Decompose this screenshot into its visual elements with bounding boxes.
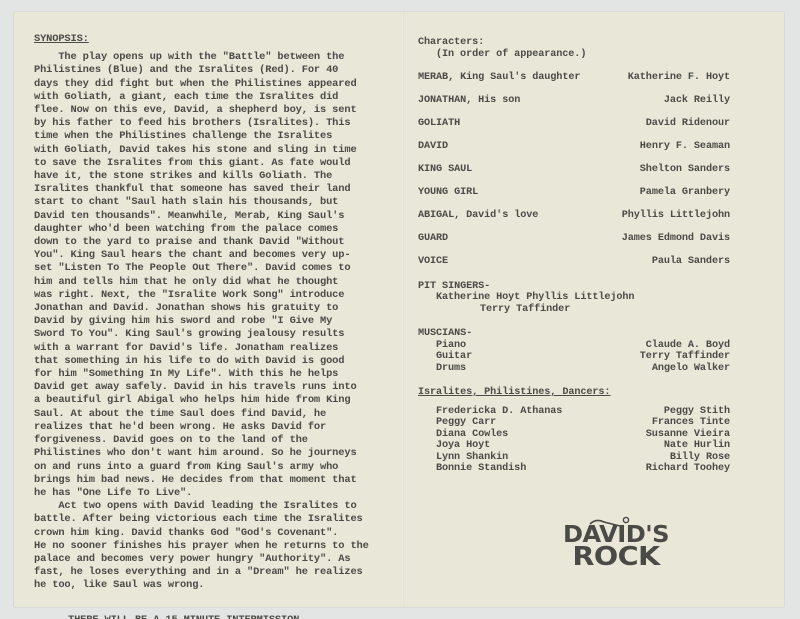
dancer-name: Joya Hoyt xyxy=(436,440,562,452)
dancer-name: Fredericka D. Athanas xyxy=(436,406,562,418)
davids-rock-logo: DAVID'S ROCK xyxy=(546,524,686,568)
logo-line-2: ROCK xyxy=(539,546,693,568)
dancer-name: Peggy Stith xyxy=(646,406,730,418)
actor-name: James Edmond Davis xyxy=(622,233,730,245)
dancers-list: Fredericka D. AthanasPeggy CarrDiana Cow… xyxy=(418,406,730,475)
instrument: Guitar xyxy=(418,351,472,363)
pit-singers-line: Terry Taffinder xyxy=(418,304,730,316)
cast-row: DAVIDHenry F. Seaman xyxy=(418,141,730,153)
musician-row: GuitarTerry Taffinder xyxy=(418,351,730,363)
cast-row: VOICEPaula Sanders xyxy=(418,256,730,268)
actor-name: Jack Reilly xyxy=(664,95,730,107)
role-name: GUARD xyxy=(418,233,448,245)
characters-subheading: (In order of appearance.) xyxy=(418,49,730,61)
actor-name: Katherine F. Hoyt xyxy=(628,72,730,84)
role-name: ABIGAL, David's love xyxy=(418,210,538,222)
musicians-heading: MUSCIANS- xyxy=(418,328,730,340)
cast-row: MERAB, King Saul's daughterKatherine F. … xyxy=(418,72,730,84)
instrument: Piano xyxy=(418,340,466,352)
dancer-name: Billy Rose xyxy=(646,452,730,464)
center-fold xyxy=(402,12,404,607)
musician-row: DrumsAngelo Walker xyxy=(418,363,730,375)
actor-name: Paula Sanders xyxy=(652,256,730,268)
intermission-note: THERE WILL BE A 15 MINUTE INTERMISSION xyxy=(34,614,390,619)
synopsis-column: SYNOPSIS: The play opens up with the "Ba… xyxy=(34,33,390,619)
cast-row: KING SAULShelton Sanders xyxy=(418,164,730,176)
cast-row: YOUNG GIRLPamela Granbery xyxy=(418,187,730,199)
dancer-name: Bonnie Standish xyxy=(436,463,562,475)
cast-row: GUARDJames Edmond Davis xyxy=(418,233,730,245)
synopsis-heading: SYNOPSIS: xyxy=(34,33,390,46)
musician-name: Angelo Walker xyxy=(652,363,730,375)
dancer-name: Peggy Carr xyxy=(436,417,562,429)
dancers-heading: Isralites, Philistines, Dancers: xyxy=(418,387,730,399)
dancer-name: Lynn Shankin xyxy=(436,452,562,464)
cast-column: Characters: (In order of appearance.) ME… xyxy=(418,37,730,475)
dancers-left-column: Fredericka D. AthanasPeggy CarrDiana Cow… xyxy=(436,406,562,475)
program-sheet: SYNOPSIS: The play opens up with the "Ba… xyxy=(14,12,784,607)
musicians-section: MUSCIANS- PianoClaude A. BoydGuitarTerry… xyxy=(418,328,730,374)
role-name: GOLIATH xyxy=(418,118,460,130)
dancer-name: Frances Tinte xyxy=(646,417,730,429)
instrument: Drums xyxy=(418,363,466,375)
musicians-list: PianoClaude A. BoydGuitarTerry Taffinder… xyxy=(418,340,730,375)
musician-name: Claude A. Boyd xyxy=(646,340,730,352)
characters-heading: Characters: xyxy=(418,37,730,49)
pit-singers-heading: PIT SINGERS- xyxy=(418,281,730,293)
actor-name: Henry F. Seaman xyxy=(640,141,730,153)
role-name: MERAB, King Saul's daughter xyxy=(418,72,580,84)
role-name: DAVID xyxy=(418,141,448,153)
dancers-right-column: Peggy StithFrances TinteSusanne VieiraNa… xyxy=(646,406,730,475)
dancer-name: Diana Cowles xyxy=(436,429,562,441)
actor-name: Shelton Sanders xyxy=(640,164,730,176)
pit-singers-line: Katherine Hoyt Phyllis Littlejohn xyxy=(418,292,730,304)
role-name: KING SAUL xyxy=(418,164,472,176)
actor-name: David Ridenour xyxy=(646,118,730,130)
dancer-name: Nate Hurlin xyxy=(646,440,730,452)
cast-row: ABIGAL, David's lovePhyllis Littlejohn xyxy=(418,210,730,222)
cast-list: MERAB, King Saul's daughterKatherine F. … xyxy=(418,72,730,268)
pit-singers-section: PIT SINGERS- Katherine Hoyt Phyllis Litt… xyxy=(418,281,730,316)
synopsis-paragraph-1: The play opens up with the "Battle" betw… xyxy=(34,51,390,500)
role-name: VOICE xyxy=(418,256,448,268)
role-name: JONATHAN, His son xyxy=(418,95,520,107)
musician-row: PianoClaude A. Boyd xyxy=(418,340,730,352)
dancer-name: Richard Toohey xyxy=(646,463,730,475)
cast-row: JONATHAN, His sonJack Reilly xyxy=(418,95,730,107)
cast-row: GOLIATHDavid Ridenour xyxy=(418,118,730,130)
synopsis-paragraph-2: Act two opens with David leading the Isr… xyxy=(34,500,390,592)
dancers-section: Isralites, Philistines, Dancers: Frederi… xyxy=(418,387,730,475)
role-name: YOUNG GIRL xyxy=(418,187,478,199)
actor-name: Phyllis Littlejohn xyxy=(622,210,730,222)
musician-name: Terry Taffinder xyxy=(640,351,730,363)
actor-name: Pamela Granbery xyxy=(640,187,730,199)
dancer-name: Susanne Vieira xyxy=(646,429,730,441)
